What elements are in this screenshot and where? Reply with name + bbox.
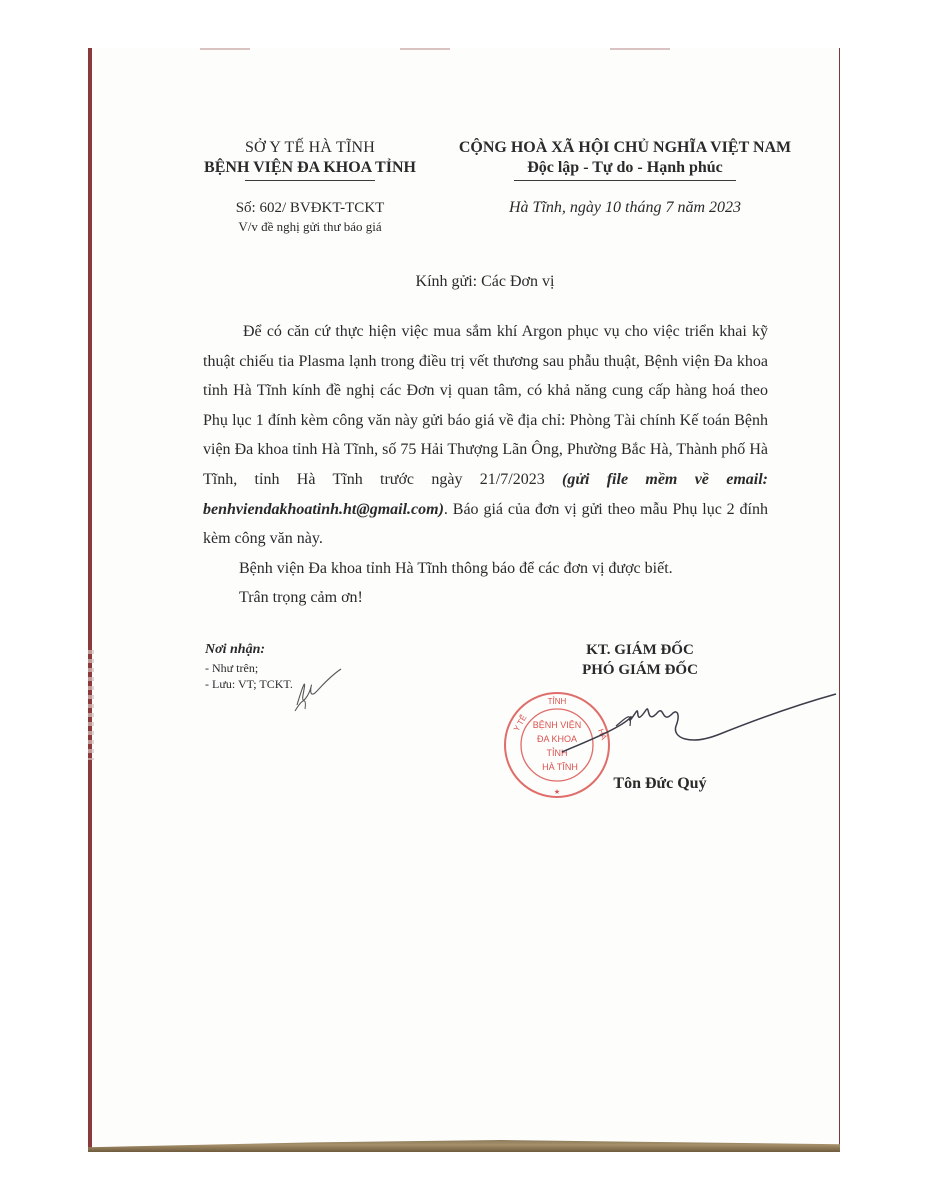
body-paragraph-3: Trân trọng cảm ơn! [203,583,768,613]
svg-text:★: ★ [554,788,560,796]
place-date: Hà Tĩnh, ngày 10 tháng 7 năm 2023 [445,199,805,217]
signature-title: KT. GIÁM ĐỐC PHÓ GIÁM ĐỐC [530,640,750,680]
scan-mark [610,48,670,50]
national-header: CỘNG HOÀ XÃ HỘI CHỦ NGHĨA VIỆT NAM Độc l… [445,138,805,181]
body-paragraph-1: Để có căn cứ thực hiện việc mua sắm khí … [203,317,768,554]
nation-title: CỘNG HOÀ XÃ HỘI CHỦ NGHĨA VIỆT NAM [445,138,805,158]
paragraph-text: Để có căn cứ thực hiện việc mua sắm khí … [203,323,768,488]
signature-title-line2: PHÓ GIÁM ĐỐC [530,660,750,680]
signature-title-line1: KT. GIÁM ĐỐC [530,640,750,660]
issuer-block: SỞ Y TẾ HÀ TĨNH BỆNH VIỆN ĐA KHOA TỈNH [180,138,440,181]
recipient-item: - Như trên; [205,660,293,676]
document-number: Số: 602/ BVĐKT-TCKT [180,199,440,218]
scan-noise [88,650,94,760]
handwritten-signature-icon [560,690,840,770]
scan-mark [200,48,250,50]
motto-underline [514,180,736,181]
motto: Độc lập - Tự do - Hạnh phúc [445,158,805,178]
recipients-title: Nơi nhận: [205,640,293,660]
recipients-block: Nơi nhận: - Như trên; - Lưu: VT; TCKT. [205,640,293,692]
document-subject: V/v đề nghị gửi thư báo giá [180,219,440,235]
initials-signature-icon [285,665,345,715]
issuer-underline [245,180,375,181]
recipient-item: - Lưu: VT; TCKT. [205,676,293,692]
scan-mark [400,48,450,50]
hospital-name: BỆNH VIỆN ĐA KHOA TỈNH [180,158,440,178]
signer-name: Tôn Đức Quý [580,775,740,793]
department-name: SỞ Y TẾ HÀ TĨNH [180,138,440,158]
body-paragraph-2: Bệnh viện Đa khoa tỉnh Hà Tĩnh thông báo… [203,554,768,584]
letter-body: Để có căn cứ thực hiện việc mua sắm khí … [203,317,768,613]
salutation: Kính gửi: Các Đơn vị [200,273,770,291]
